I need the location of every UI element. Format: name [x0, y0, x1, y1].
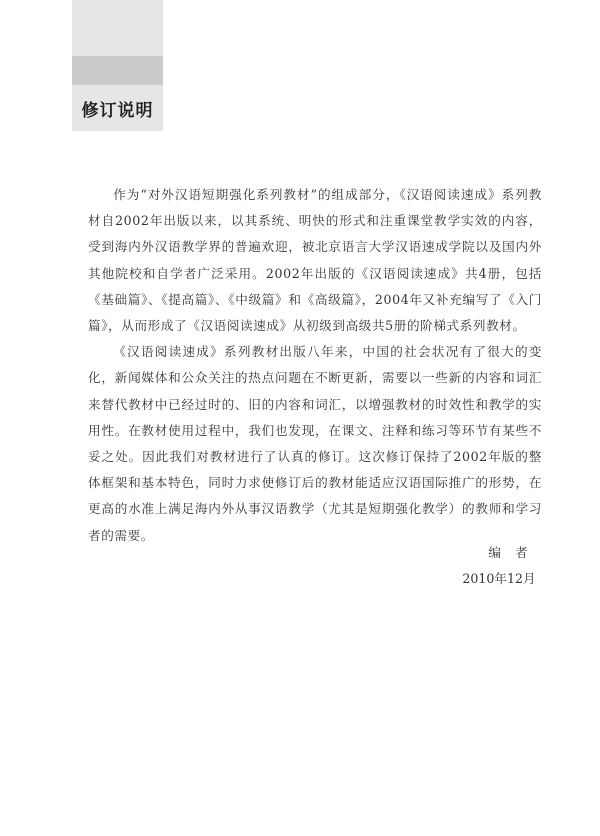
paragraph-1: 作为“对外汉语短期强化系列教材”的组成部分，《汉语阅读速成》系列教材自2002年…: [88, 182, 542, 339]
chapter-header-block: 修订说明: [72, 0, 163, 131]
author-label: 编者: [430, 540, 560, 566]
paragraph-2: 《汉语阅读速成》系列教材出版八年来，中国的社会状况有了很大的变化，新闻媒体和公众…: [88, 339, 542, 549]
header-decorative-band: [72, 56, 163, 85]
date-label: 2010年12月: [430, 566, 560, 592]
page-title: 修订说明: [72, 96, 163, 121]
body-text: 作为“对外汉语短期强化系列教材”的组成部分，《汉语阅读速成》系列教材自2002年…: [88, 182, 542, 549]
signature-block: 编者 2010年12月: [430, 540, 560, 592]
